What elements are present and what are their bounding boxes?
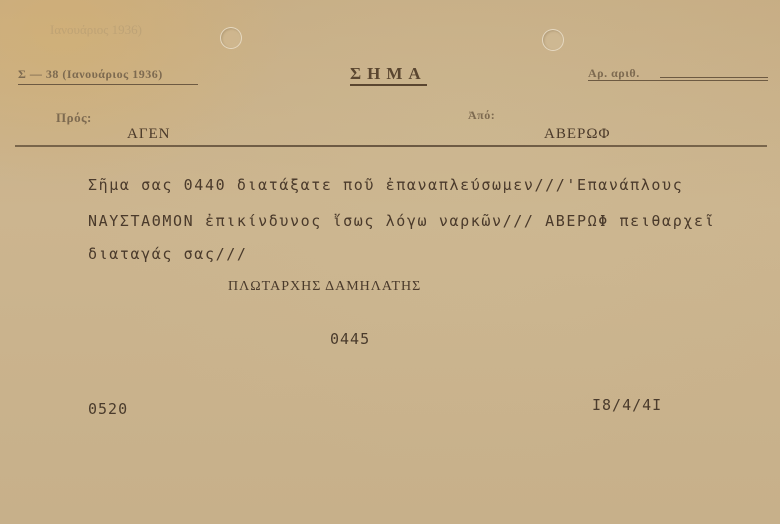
from-value: ΑΒΕΡΩΦ xyxy=(544,126,610,143)
message-line-3: διαταγάς σας/// xyxy=(88,245,247,263)
from-label: Ἀπό: xyxy=(468,108,495,123)
date: I8/4/4I xyxy=(592,396,662,414)
reference-number-blank xyxy=(660,77,768,78)
reference-underline xyxy=(588,80,768,81)
to-label: Πρός: xyxy=(56,110,92,126)
bleed-through-text: Ιανουάριος 1936) xyxy=(50,22,142,38)
signature: ΠΛΩΤΑΡΧΗΣ ΔΑΜΗΛΑΤΗΣ xyxy=(228,279,421,295)
header-divider xyxy=(15,145,767,147)
time-transmitted: 0520 xyxy=(88,400,128,418)
form-title: ΣΗΜΑ xyxy=(350,64,427,86)
to-value: ΑΓΕΝ xyxy=(127,126,171,143)
message-line-1: Σῆμα σας 0440 διατάξατε ποῦ ἐπαναπλεύσωμ… xyxy=(88,176,683,194)
reference-number-label: Αρ. αριθ. xyxy=(588,66,640,81)
punch-hole-right xyxy=(542,29,564,51)
message-line-2: ΝΑΥΣΤΑΘΜΟΝ ἐπικίνδυνος ἴσως λόγω ναρκῶν/… xyxy=(88,212,715,230)
signal-form-paper: Ιανουάριος 1936) Σ — 38 (Ιανουάριος 1936… xyxy=(0,0,780,524)
time-group: 0445 xyxy=(330,330,370,348)
form-code: Σ — 38 (Ιανουάριος 1936) xyxy=(18,67,198,85)
punch-hole-left xyxy=(220,27,242,49)
